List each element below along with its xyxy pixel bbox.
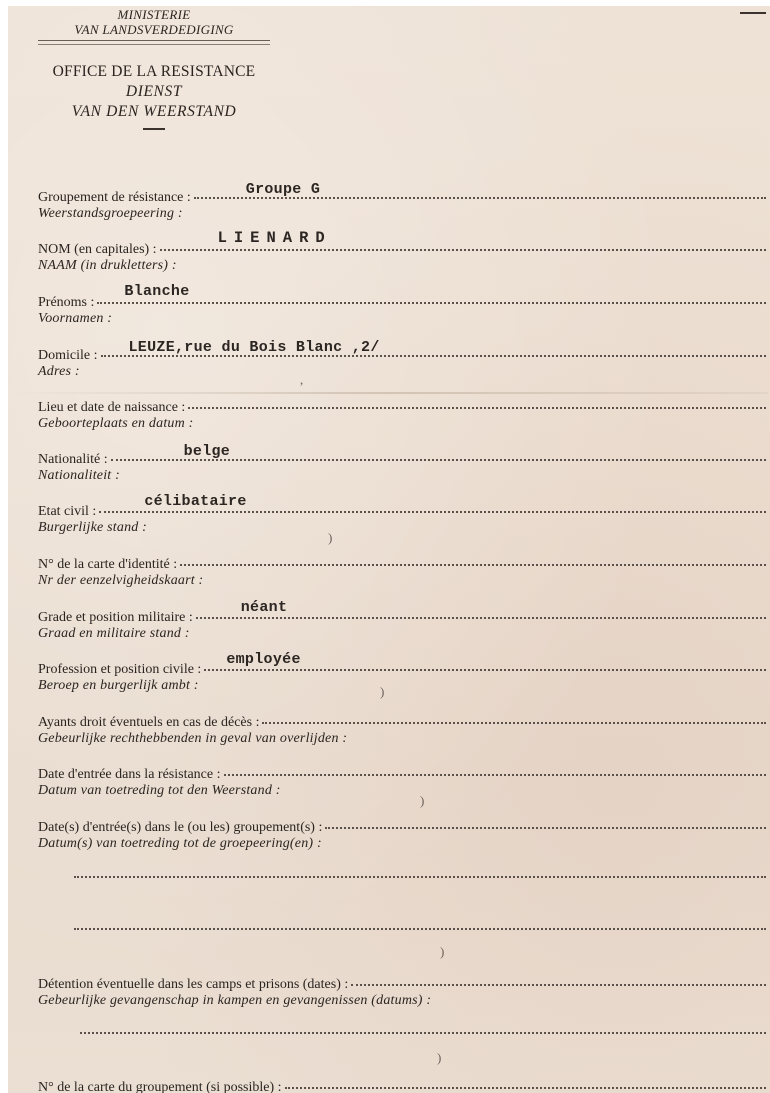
- ministry-header: MINISTERIE VAN LANDSVERDEDIGING: [38, 7, 270, 37]
- field-sublabel: Datum(s) van toetreding tot de groepeeri…: [38, 836, 766, 851]
- field-nom: NOM (en capitales) : LIENARD NAAM (in dr…: [38, 237, 766, 273]
- field-input-ayants-droit[interactable]: [262, 708, 766, 724]
- pencil-mark: ): [328, 530, 332, 546]
- field-sublabel: Nr der eenzelvigheidskaart :: [38, 573, 766, 588]
- field-etat-civil: Etat civil : célibataire Burgerlijke sta…: [38, 499, 766, 535]
- office-title-nl-1: DIENST: [38, 82, 270, 102]
- field-value: célibataire: [144, 494, 246, 510]
- corner-dash: [740, 12, 766, 14]
- field-value: employée: [226, 652, 300, 668]
- pencil-mark: ): [437, 1050, 441, 1066]
- field-label: Prénoms :: [38, 295, 94, 311]
- field-input-nom[interactable]: LIENARD: [160, 235, 766, 251]
- field-input-grade-militaire[interactable]: néant: [196, 603, 766, 619]
- field-naissance: Lieu et date de naissance : Geboorteplaa…: [38, 395, 766, 431]
- office-title-fr: OFFICE DE LA RESISTANCE: [38, 62, 270, 82]
- field-sublabel: Nationaliteit :: [38, 468, 766, 483]
- field-label: Ayants droit éventuels en cas de décès :: [38, 715, 259, 731]
- field-nationalite: Nationalité : belge Nationaliteit :: [38, 447, 766, 483]
- field-label: NOM (en capitales) :: [38, 242, 157, 258]
- field-input-prenoms[interactable]: Blanche: [97, 288, 766, 304]
- field-sublabel: Gebeurlijke rechthebbenden in geval van …: [38, 731, 766, 746]
- ministry-line-1: MINISTERIE: [38, 7, 270, 22]
- header-rule: [38, 40, 270, 45]
- field-grade-militaire: Grade et position militaire : néant Graa…: [38, 605, 766, 641]
- field-dates-groupement: Date(s) d'entrée(s) dans le (ou les) gro…: [38, 815, 766, 851]
- field-input-domicile[interactable]: LEUZE,rue du Bois Blanc ,2/: [101, 341, 767, 357]
- field-value: LEUZE,rue du Bois Blanc ,2/: [129, 340, 380, 356]
- field-label: Domicile :: [38, 348, 98, 364]
- continuation-line-1[interactable]: [74, 876, 766, 878]
- field-label: Groupement de résistance :: [38, 190, 191, 206]
- field-sublabel: Voornamen :: [38, 311, 766, 326]
- pencil-mark: ): [420, 793, 424, 809]
- field-detention: Détention éventuelle dans les camps et p…: [38, 972, 766, 1008]
- continuation-line-2[interactable]: [74, 928, 766, 930]
- pencil-mark: ): [380, 684, 384, 700]
- field-value: Groupe G: [246, 182, 320, 198]
- field-label: Profession et position civile :: [38, 662, 201, 678]
- pencil-mark: ): [440, 944, 444, 960]
- field-date-entree: Date d'entrée dans la résistance : Datum…: [38, 762, 766, 798]
- field-label: N° de la carte du groupement (si possibl…: [38, 1080, 282, 1093]
- field-input-etat-civil[interactable]: célibataire: [99, 497, 766, 513]
- field-label: Lieu et date de naissance :: [38, 400, 185, 416]
- field-input-naissance[interactable]: [188, 393, 766, 409]
- field-value: belge: [184, 444, 231, 460]
- field-sublabel: Geboorteplaats en datum :: [38, 416, 766, 431]
- office-title: OFFICE DE LA RESISTANCE DIENST VAN DEN W…: [38, 62, 270, 122]
- continuation-line-3[interactable]: [80, 1032, 766, 1034]
- field-carte-identite: N° de la carte d'identité : Nr der eenze…: [38, 552, 766, 588]
- field-label: Détention éventuelle dans les camps et p…: [38, 977, 348, 993]
- field-ayants-droit: Ayants droit éventuels en cas de décès :…: [38, 710, 766, 746]
- field-sublabel: NAAM (in drukletters) :: [38, 258, 766, 273]
- field-input-date-entree[interactable]: [224, 760, 767, 776]
- field-value: LIENARD: [218, 230, 332, 246]
- field-label: Date(s) d'entrée(s) dans le (ou les) gro…: [38, 820, 322, 836]
- field-sublabel: Gebeurlijke gevangenschap in kampen en g…: [38, 993, 766, 1008]
- field-sublabel: Weerstandsgroepeering :: [38, 206, 766, 221]
- field-value: néant: [241, 600, 288, 616]
- ministry-line-2: VAN LANDSVERDEDIGING: [38, 22, 270, 37]
- field-sublabel: Beroep en burgerlijk ambt :: [38, 678, 766, 693]
- field-profession: Profession et position civile : employée…: [38, 657, 766, 693]
- field-input-carte-groupement[interactable]: [285, 1073, 766, 1089]
- field-input-groupement[interactable]: Groupe G: [194, 183, 766, 199]
- field-sublabel: Graad en militaire stand :: [38, 626, 766, 641]
- field-groupement: Groupement de résistance : Groupe G Weer…: [38, 185, 766, 221]
- field-input-carte-identite[interactable]: [180, 550, 766, 566]
- pencil-mark: ,: [300, 372, 303, 388]
- office-title-nl-2: VAN DEN WEERSTAND: [38, 102, 270, 122]
- field-carte-groupement: N° de la carte du groupement (si possibl…: [38, 1075, 766, 1093]
- field-label: Grade et position militaire :: [38, 610, 193, 626]
- field-label: Nationalité :: [38, 452, 108, 468]
- field-label: N° de la carte d'identité :: [38, 557, 177, 573]
- field-domicile: Domicile : LEUZE,rue du Bois Blanc ,2/ A…: [38, 343, 766, 379]
- field-prenoms: Prénoms : Blanche Voornamen :: [38, 290, 766, 326]
- field-input-profession[interactable]: employée: [204, 655, 766, 671]
- field-input-nationalite[interactable]: belge: [111, 445, 766, 461]
- field-sublabel: Datum van toetreding tot den Weerstand :: [38, 783, 766, 798]
- title-dash: [143, 128, 165, 130]
- field-label: Date d'entrée dans la résistance :: [38, 767, 221, 783]
- field-value: Blanche: [124, 284, 189, 300]
- field-sublabel: Burgerlijke stand :: [38, 520, 766, 535]
- field-input-dates-groupement[interactable]: [325, 813, 766, 829]
- field-input-detention[interactable]: [351, 970, 766, 986]
- field-label: Etat civil :: [38, 504, 96, 520]
- field-sublabel: Adres :: [38, 364, 766, 379]
